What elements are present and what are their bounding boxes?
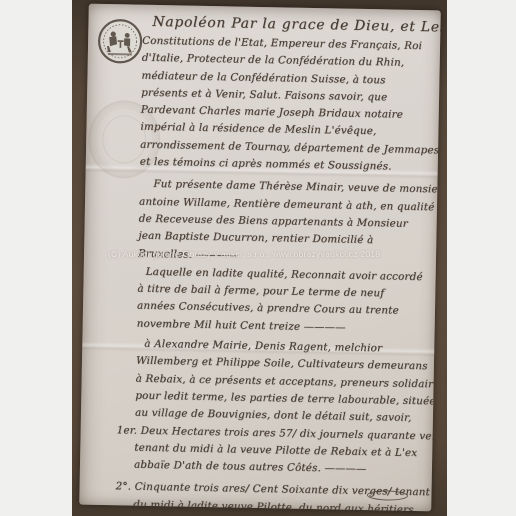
signature-flourish-icon [365, 487, 409, 507]
manuscript-paper: Napoléon Par la grace de Dieu, et Les Co… [79, 4, 441, 512]
document-photograph: Napoléon Par la grace de Dieu, et Les Co… [72, 0, 447, 516]
manuscript-text: Napoléon Par la grace de Dieu, et Les Co… [79, 10, 440, 512]
photo-canvas: Napoléon Par la grace de Dieu, et Les Co… [0, 0, 516, 516]
